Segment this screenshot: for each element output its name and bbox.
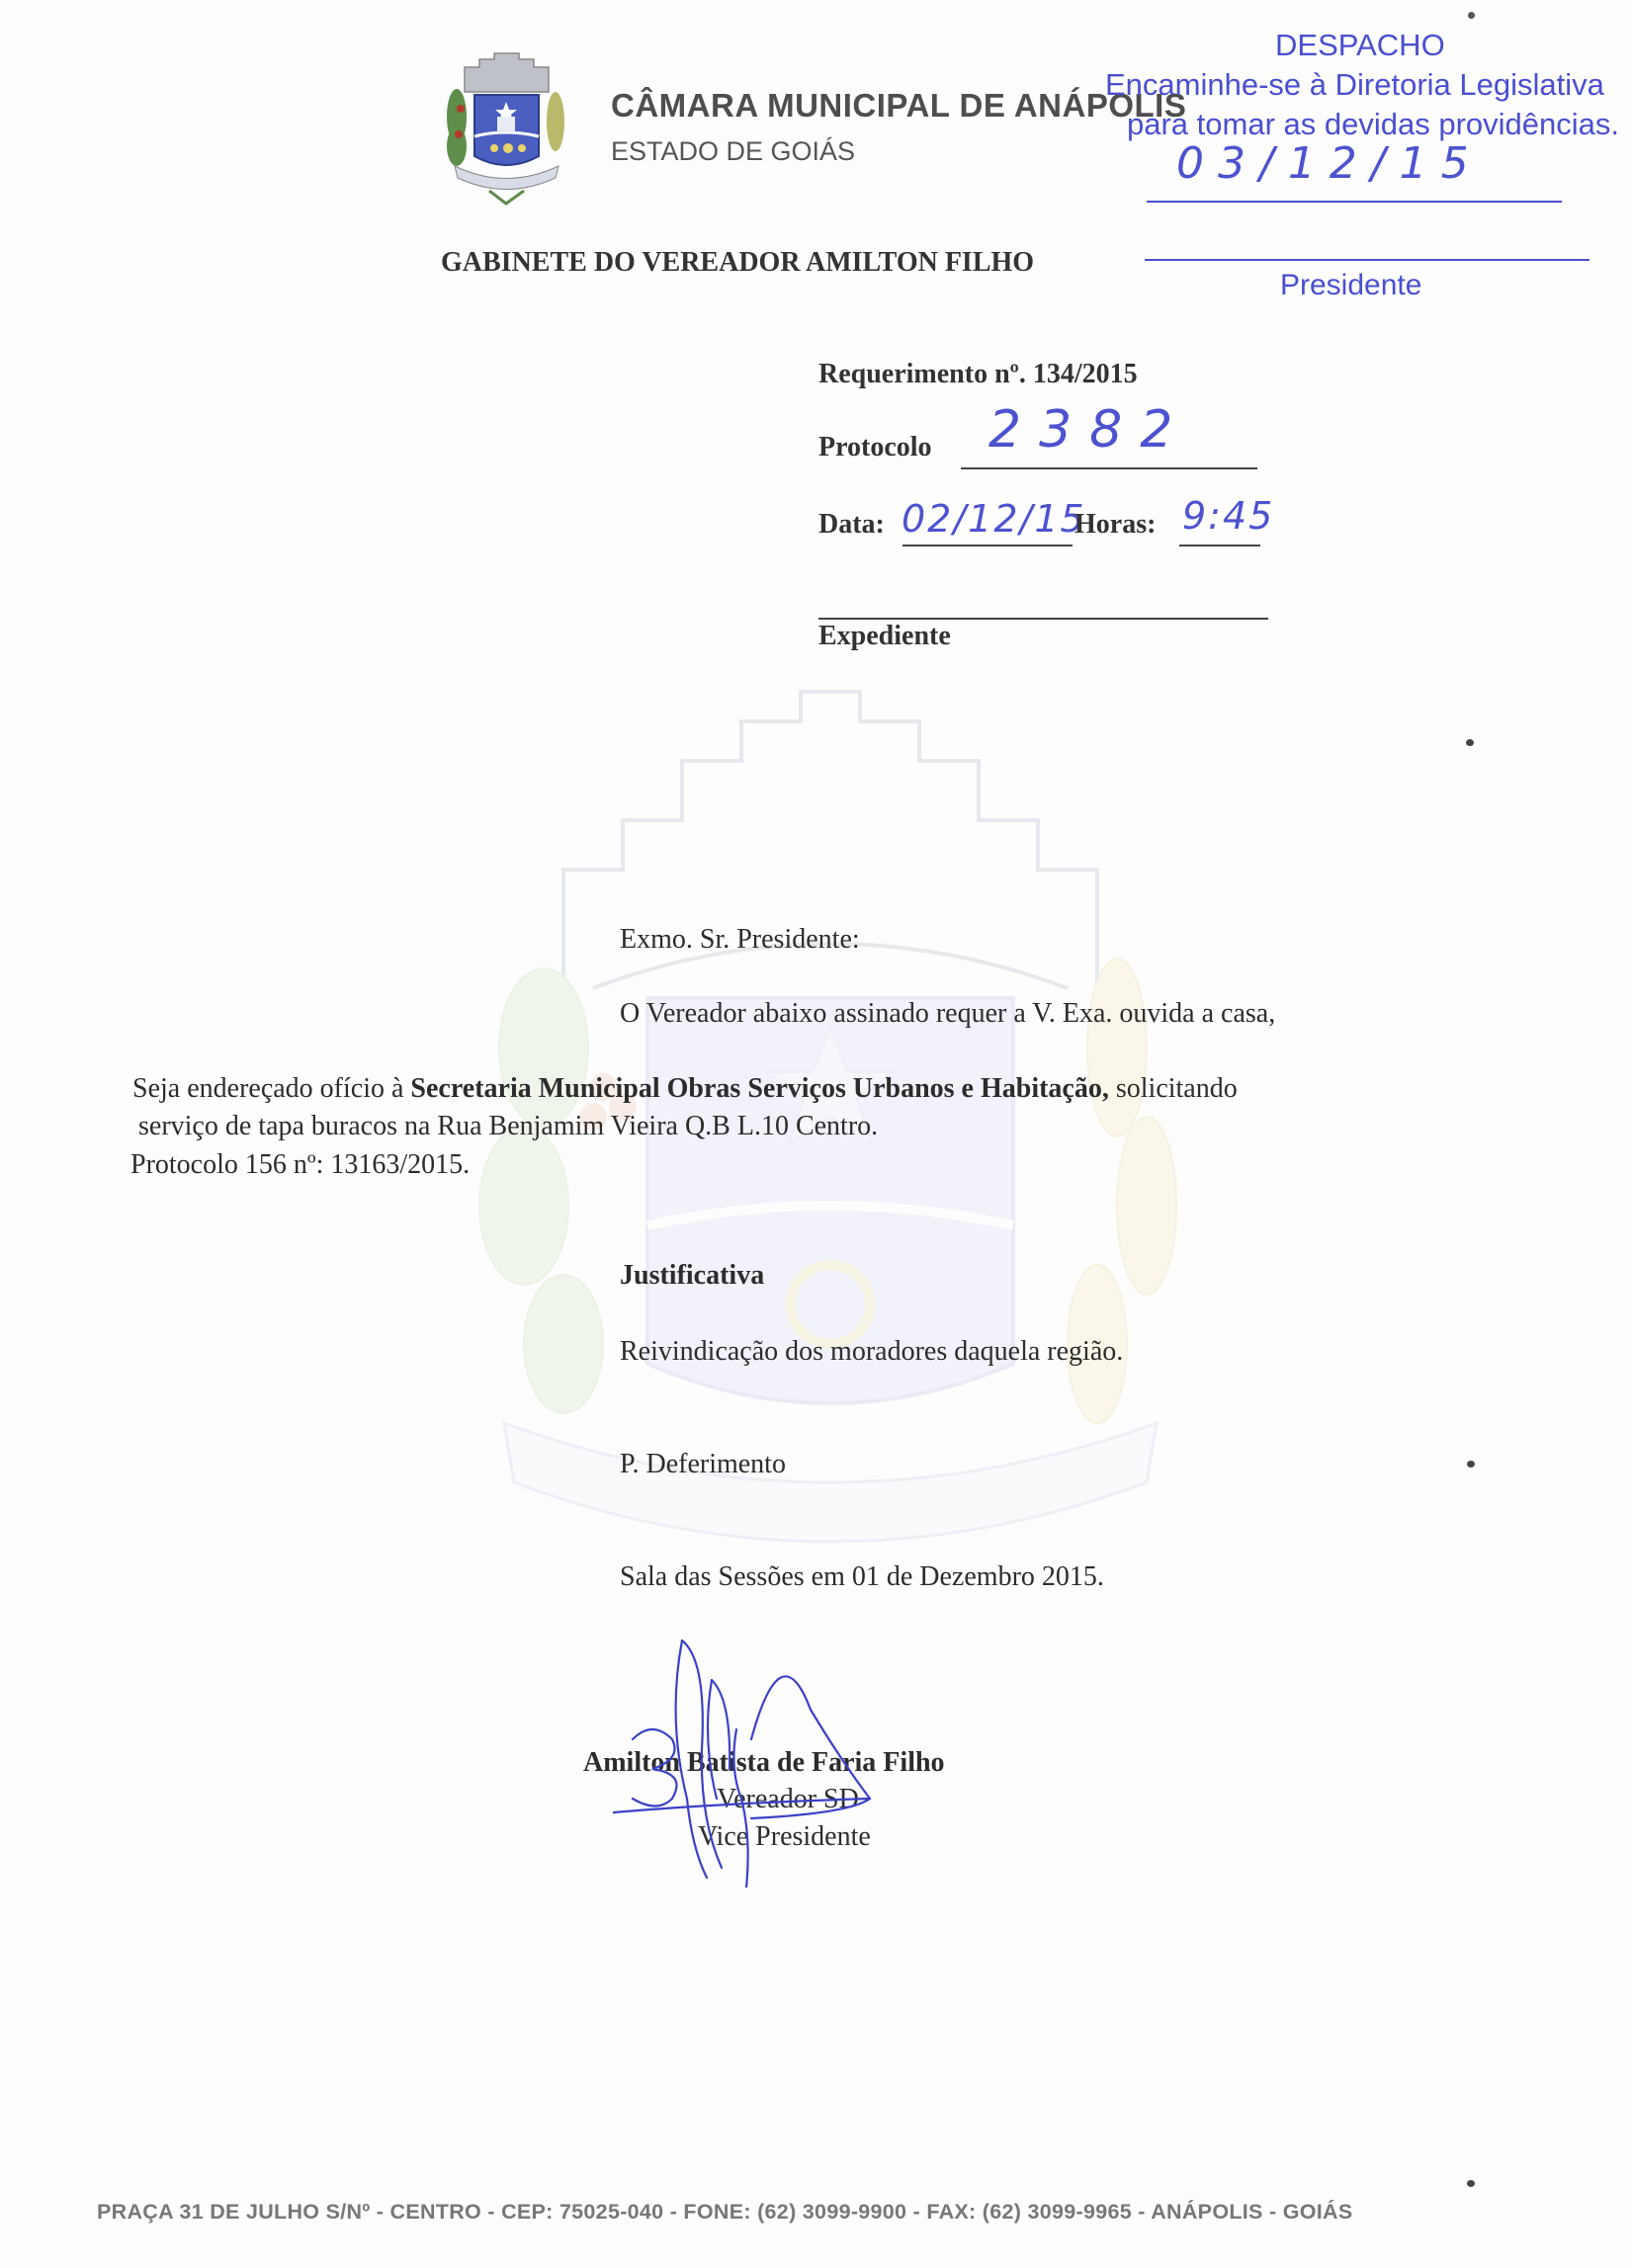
stamp-line-1: Encaminhe-se à Diretoria Legislativa: [1105, 67, 1604, 103]
justification-text: Reivindicação dos moradores daquela regi…: [620, 1336, 1123, 1368]
stamp-signature-label: Presidente: [1280, 269, 1421, 302]
coat-of-arms-logo-icon: [435, 47, 578, 206]
protocol-label: Protocolo: [818, 432, 932, 463]
justification-title: Justificativa: [620, 1260, 764, 1292]
hours-handwritten-value: 9:45: [1182, 494, 1274, 538]
handwritten-signature-icon: [613, 1601, 929, 1888]
request-suffix: solicitando: [1109, 1073, 1238, 1104]
request-line-1: Seja endereçado ofício à Secretaria Muni…: [132, 1073, 1238, 1105]
stamp-handwritten-date: 03/12/15: [1176, 138, 1483, 189]
stamp-date-line: [1147, 201, 1562, 203]
institution-state: ESTADO DE GOIÁS: [611, 136, 855, 167]
date-field-line: [902, 545, 1073, 546]
expediente-label: Expediente: [818, 621, 951, 652]
institution-name: CÂMARA MUNICIPAL DE ANÁPOLIS: [611, 87, 1186, 125]
greeting: Exmo. Sr. Presidente:: [620, 924, 860, 956]
expediente-line: [818, 618, 1268, 620]
scan-dot: [1466, 739, 1474, 746]
request-line-2: serviço de tapa buracos na Rua Benjamim …: [138, 1111, 878, 1142]
stamp-title: DESPACHO: [1275, 28, 1445, 63]
request-number: Requerimento nº. 134/2015: [818, 359, 1138, 390]
date-handwritten-value: 02/12/15: [902, 497, 1086, 541]
hours-field-line: [1179, 545, 1260, 546]
intro-paragraph: O Vereador abaixo assinado requer a V. E…: [620, 998, 1275, 1030]
scan-dot: [1468, 12, 1475, 19]
footer-address: PRAÇA 31 DE JULHO S/Nº - CENTRO - CEP: 7…: [97, 2200, 1353, 2225]
stamp-signature-line: [1145, 259, 1589, 261]
hours-label: Horas:: [1074, 509, 1156, 541]
date-label: Data:: [818, 509, 885, 541]
protocol-handwritten-value: 2382: [988, 400, 1190, 460]
closing: P. Deferimento: [620, 1449, 786, 1480]
request-recipient: Secretaria Municipal Obras Serviços Urba…: [410, 1073, 1108, 1104]
scan-dot: [1467, 1461, 1475, 1468]
request-prefix: Seja endereçado ofício à: [132, 1073, 410, 1104]
place-date: Sala das Sessões em 01 de Dezembro 2015.: [620, 1561, 1104, 1593]
scan-dot: [1467, 2180, 1475, 2187]
protocol-field-line: [961, 467, 1257, 469]
cabinet-heading: GABINETE DO VEREADOR AMILTON FILHO: [441, 247, 1034, 279]
stamp-line-2: para tomar as devidas providências.: [1127, 107, 1619, 142]
request-line-3: Protocolo 156 nº: 13163/2015.: [130, 1149, 470, 1181]
